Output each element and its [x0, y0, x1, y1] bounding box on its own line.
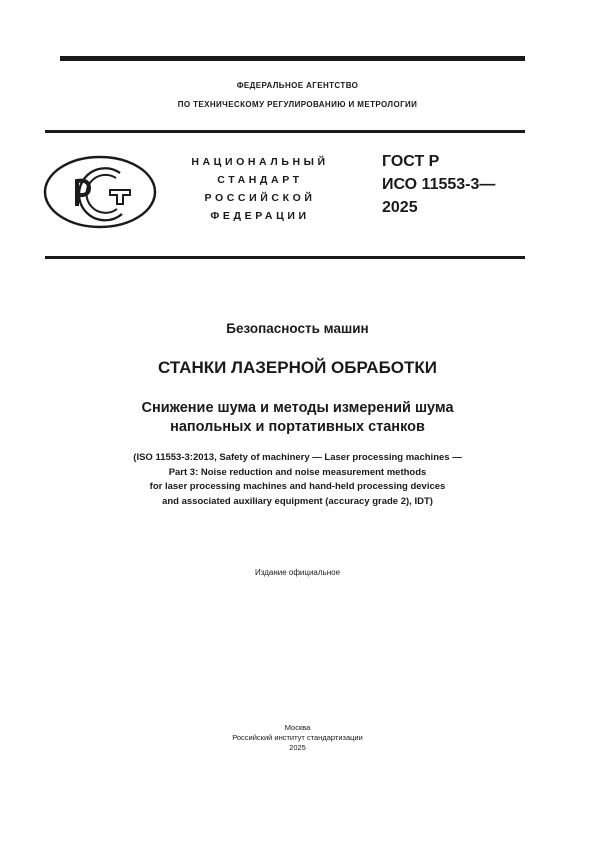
designation-line-1: ГОСТ Р: [382, 150, 495, 173]
iso-reference: (ISO 11553-3:2013, Safety of machinery —…: [0, 451, 595, 509]
edition-label: Издание официальное: [0, 568, 595, 577]
standard-type: НАЦИОНАЛЬНЫЙ СТАНДАРТ РОССИЙСКОЙ ФЕДЕРАЦ…: [180, 153, 340, 225]
header-rule-bottom: [45, 256, 525, 259]
agency-line-2: ПО ТЕХНИЧЕСКОМУ РЕГУЛИРОВАНИЮ И МЕТРОЛОГ…: [0, 100, 595, 109]
title-sub-line-2: напольных и портативных станков: [0, 418, 595, 436]
rst-certification-mark-icon: [42, 154, 158, 230]
title-sub-line-1: Снижение шума и методы измерений шума: [0, 399, 595, 417]
designation-line-3: 2025: [382, 196, 495, 219]
standard-type-line-3: РОССИЙСКОЙ: [180, 189, 340, 207]
imprint-publisher: Российский институт стандартизации: [0, 733, 595, 743]
iso-reference-line-3: for laser processing machines and hand-h…: [0, 480, 595, 495]
designation-line-2: ИСО 11553-3—: [382, 173, 495, 196]
header-rule-top: [45, 130, 525, 133]
imprint-year: 2025: [0, 743, 595, 753]
imprint-city: Москва: [0, 723, 595, 733]
standard-designation: ГОСТ Р ИСО 11553-3— 2025: [382, 150, 495, 219]
agency-line-1: ФЕДЕРАЛЬНОЕ АГЕНТСТВО: [0, 81, 595, 90]
iso-reference-line-2: Part 3: Noise reduction and noise measur…: [0, 466, 595, 481]
standard-type-line-2: СТАНДАРТ: [180, 171, 340, 189]
title-group: Безопасность машин: [0, 321, 595, 336]
standard-type-line-1: НАЦИОНАЛЬНЫЙ: [180, 153, 340, 171]
standard-type-line-4: ФЕДЕРАЦИИ: [180, 207, 340, 225]
iso-reference-line-4: and associated auxiliary equipment (accu…: [0, 495, 595, 510]
imprint: Москва Российский институт стандартизаци…: [0, 723, 595, 753]
title-main: СТАНКИ ЛАЗЕРНОЙ ОБРАБОТКИ: [0, 358, 595, 378]
iso-reference-line-1: (ISO 11553-3:2013, Safety of machinery —…: [0, 451, 595, 466]
top-rule: [60, 56, 525, 61]
